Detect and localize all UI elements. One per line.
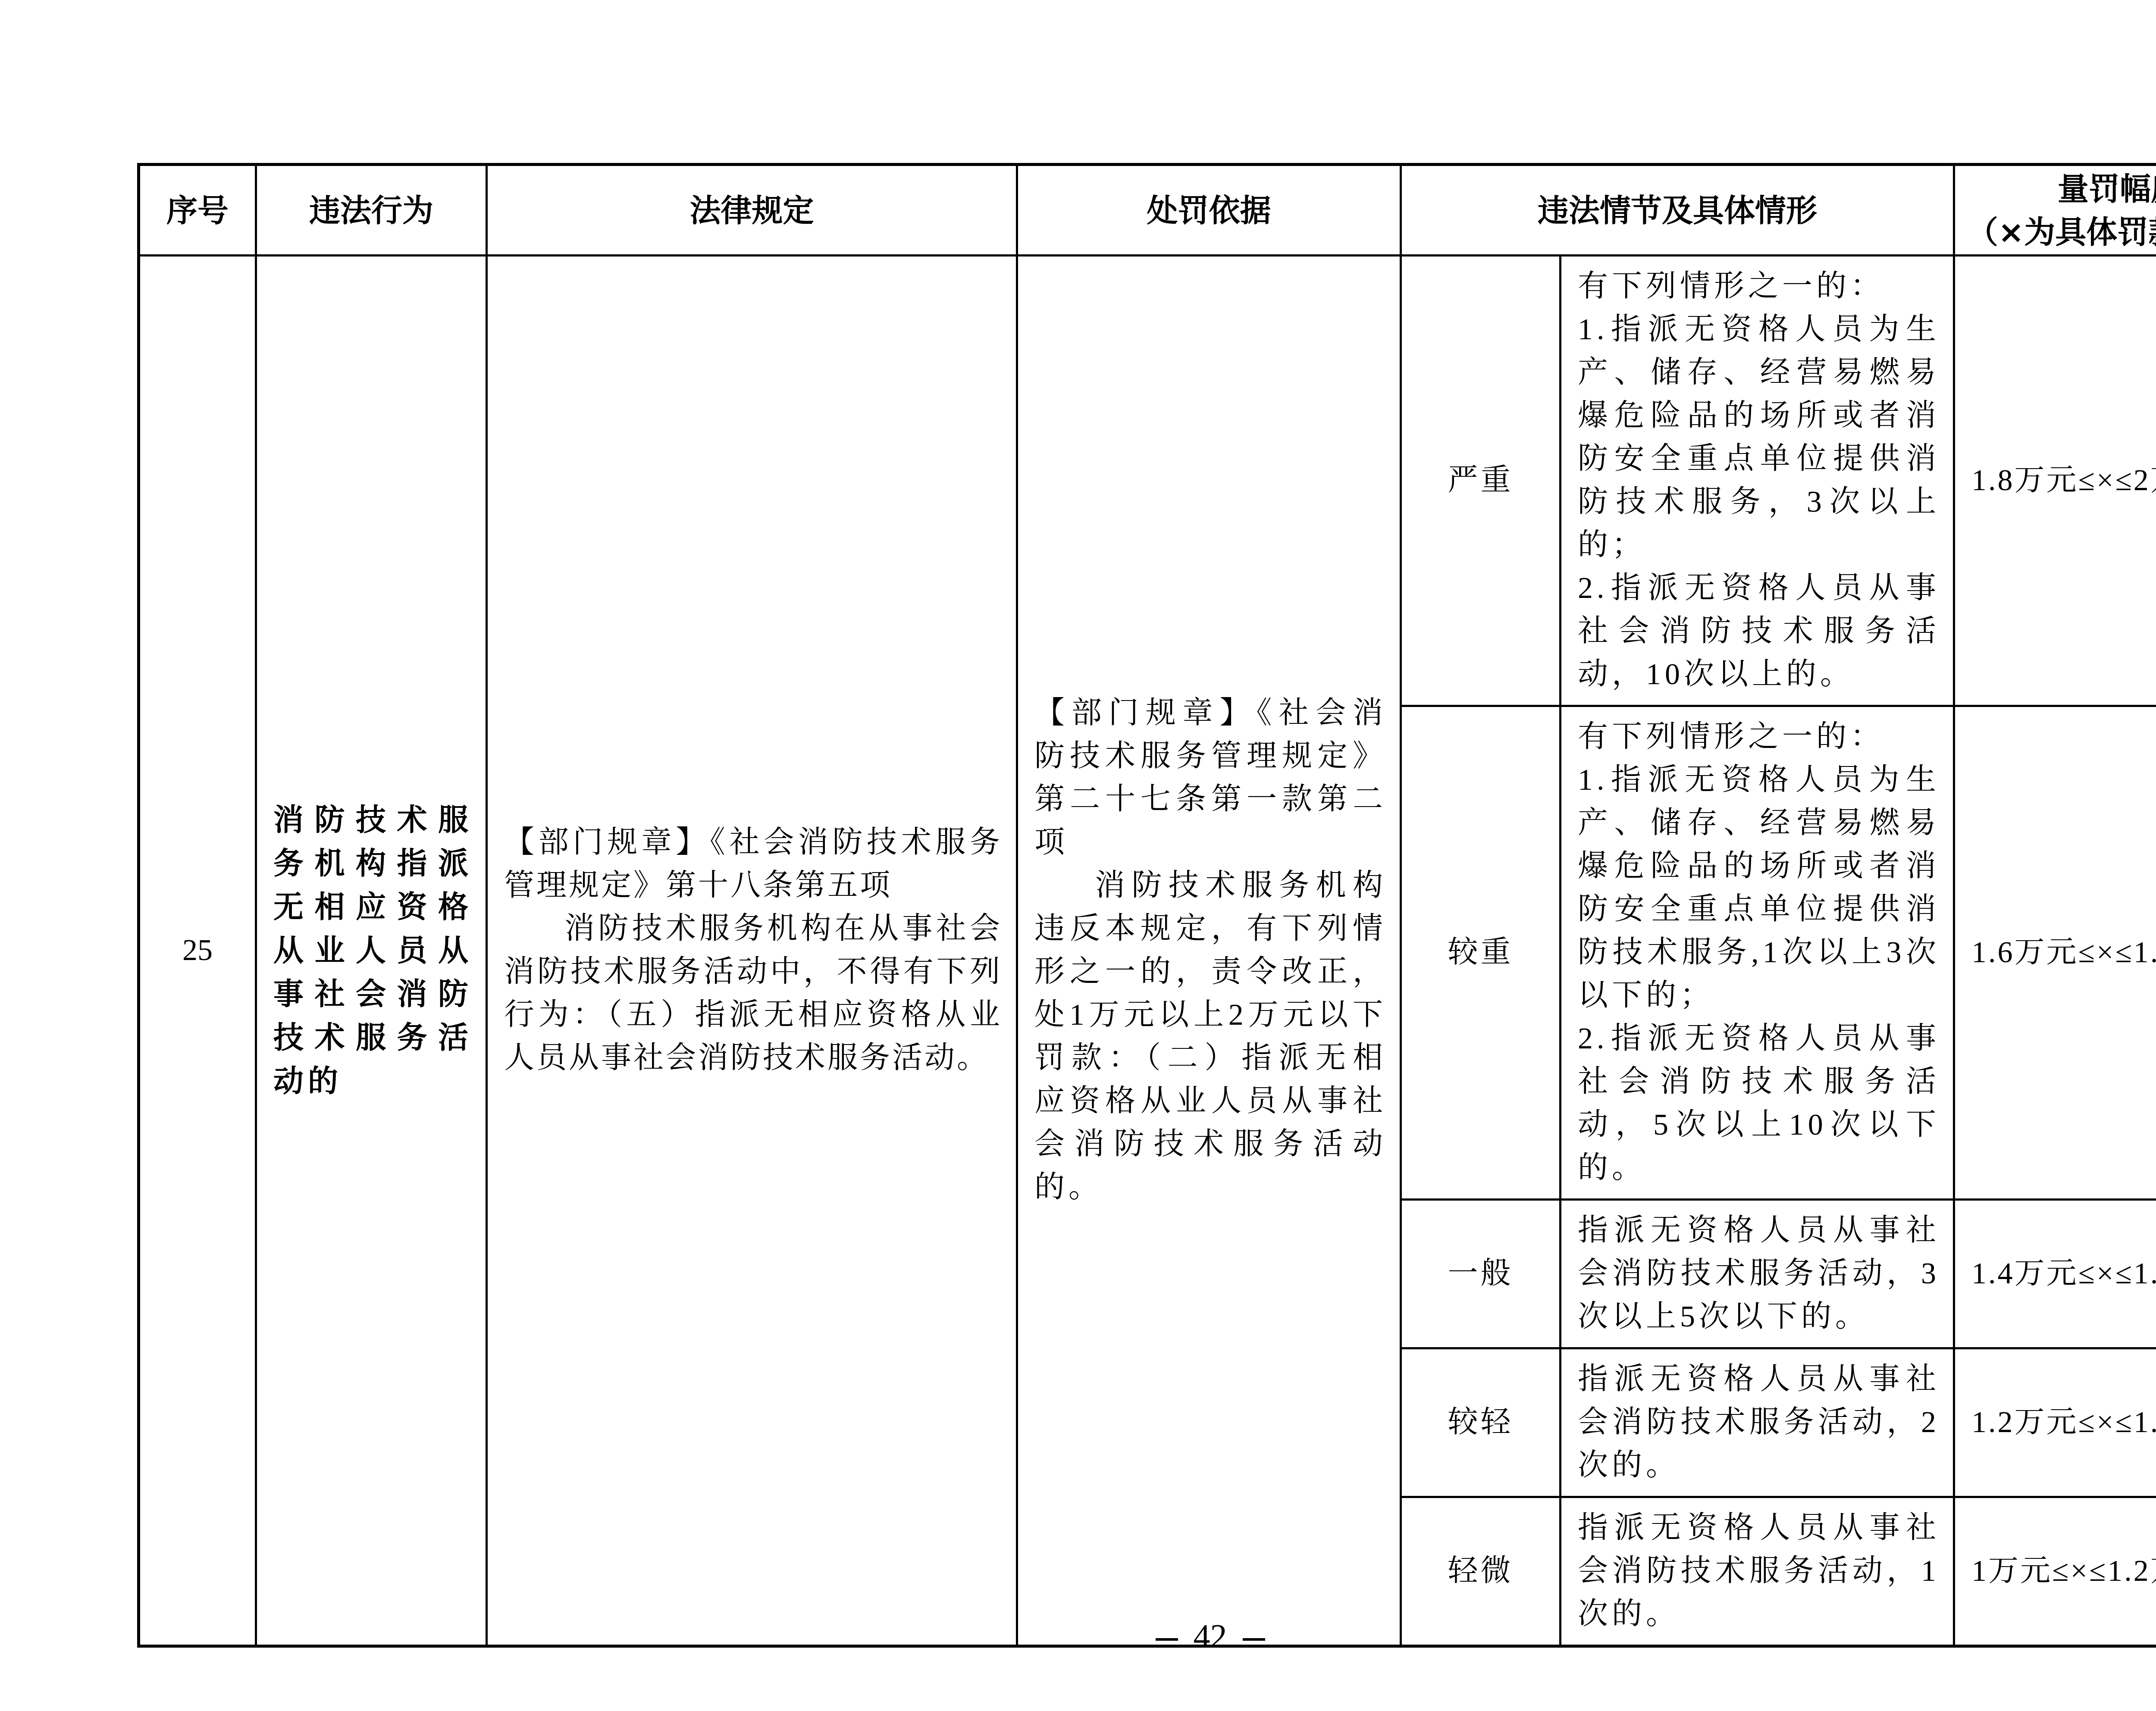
dash-left bbox=[1156, 1638, 1178, 1641]
header-row: 序号 违法行为 法律规定 处罚依据 违法情节及具体情形 量罚幅度 （×为具体罚款… bbox=[139, 165, 2156, 256]
detail-line: 指派无资格人员从事社会消防技术服务活动，3次以上5次以下的。 bbox=[1578, 1209, 1940, 1339]
level-cell: 较重 bbox=[1401, 706, 1561, 1200]
header-range-note: （×为具体罚款金额） bbox=[1955, 210, 2156, 253]
behavior-cell: 消防技术服务机构指派无相应资格从业人员从事社会消防技术服务活动的 bbox=[256, 256, 487, 1646]
header-basis: 处罚依据 bbox=[1017, 165, 1401, 256]
range-cell: 1.6万元≤×≤1.8万元 bbox=[1954, 706, 2156, 1200]
dash-right bbox=[1243, 1638, 1265, 1641]
table-row: 25 消防技术服务机构指派无相应资格从业人员从事社会消防技术服务活动的 【部门规… bbox=[139, 256, 2156, 706]
detail-line: 有下列情形之一的： bbox=[1578, 265, 1940, 308]
range-cell: 1.2万元≤×≤1.4万元 bbox=[1954, 1348, 2156, 1497]
header-range: 量罚幅度 （×为具体罚款金额） bbox=[1954, 165, 2156, 256]
detail-line: 1.指派无资格人员为生产、储存、经营易燃易爆危险品的场所或者消防安全重点单位提供… bbox=[1578, 308, 1940, 567]
detail-line: 1.指派无资格人员为生产、储存、经营易燃易爆危险品的场所或者消防安全重点单位提供… bbox=[1578, 759, 1940, 1017]
header-range-title: 量罚幅度 bbox=[1955, 167, 2156, 210]
page-number: 42 bbox=[1194, 1617, 1227, 1655]
page-footer: 42 bbox=[0, 1614, 2156, 1658]
range-cell: 1.4万元≤×≤1.6万元 bbox=[1954, 1200, 2156, 1348]
seq-cell: 25 bbox=[139, 256, 256, 1646]
range-cell: 1.8万元≤×≤2万元 bbox=[1954, 256, 2156, 706]
detail-line: 2.指派无资格人员从事社会消防技术服务活动，5次以上10次以下的。 bbox=[1578, 1017, 1940, 1190]
header-behavior: 违法行为 bbox=[256, 165, 487, 256]
law-cell: 【部门规章】《社会消防技术服务管理规定》第十八条第五项 消防技术服务机构在从事社… bbox=[487, 256, 1017, 1646]
detail-cell: 有下列情形之一的： 1.指派无资格人员为生产、储存、经营易燃易爆危险品的场所或者… bbox=[1561, 256, 1954, 706]
detail-line: 指派无资格人员从事社会消防技术服务活动，2次的。 bbox=[1578, 1358, 1940, 1487]
penalty-table: 序号 违法行为 法律规定 处罚依据 违法情节及具体情形 量罚幅度 （×为具体罚款… bbox=[137, 163, 2156, 1648]
detail-cell: 有下列情形之一的： 1.指派无资格人员为生产、储存、经营易燃易爆危险品的场所或者… bbox=[1561, 706, 1954, 1200]
level-cell: 严重 bbox=[1401, 256, 1561, 706]
detail-line: 有下列情形之一的： bbox=[1578, 716, 1940, 759]
detail-line: 2.指派无资格人员从事社会消防技术服务活动，10次以上的。 bbox=[1578, 567, 1940, 696]
level-cell: 一般 bbox=[1401, 1200, 1561, 1348]
header-law: 法律规定 bbox=[487, 165, 1017, 256]
header-circumstances: 违法情节及具体情形 bbox=[1401, 165, 1954, 256]
detail-cell: 指派无资格人员从事社会消防技术服务活动，2次的。 bbox=[1561, 1348, 1954, 1497]
document-page: 序号 违法行为 法律规定 处罚依据 违法情节及具体情形 量罚幅度 （×为具体罚款… bbox=[0, 0, 2156, 1711]
law-text: 消防技术服务机构在从事社会消防技术服务活动中，不得有下列行为：（五）指派无相应资… bbox=[504, 907, 1002, 1080]
law-citation: 【部门规章】《社会消防技术服务管理规定》第十八条第五项 bbox=[504, 821, 1002, 907]
basis-text: 消防技术服务机构违反本规定，有下列情形之一的，责令改正，处1万元以上2万元以下罚… bbox=[1034, 864, 1387, 1209]
detail-cell: 指派无资格人员从事社会消防技术服务活动，3次以上5次以下的。 bbox=[1561, 1200, 1954, 1348]
level-cell: 较轻 bbox=[1401, 1348, 1561, 1497]
basis-cell: 【部门规章】《社会消防技术服务管理规定》第二十七条第一款第二项 消防技术服务机构… bbox=[1017, 256, 1401, 1646]
basis-citation: 【部门规章】《社会消防技术服务管理规定》第二十七条第一款第二项 bbox=[1034, 692, 1387, 864]
header-seq: 序号 bbox=[139, 165, 256, 256]
